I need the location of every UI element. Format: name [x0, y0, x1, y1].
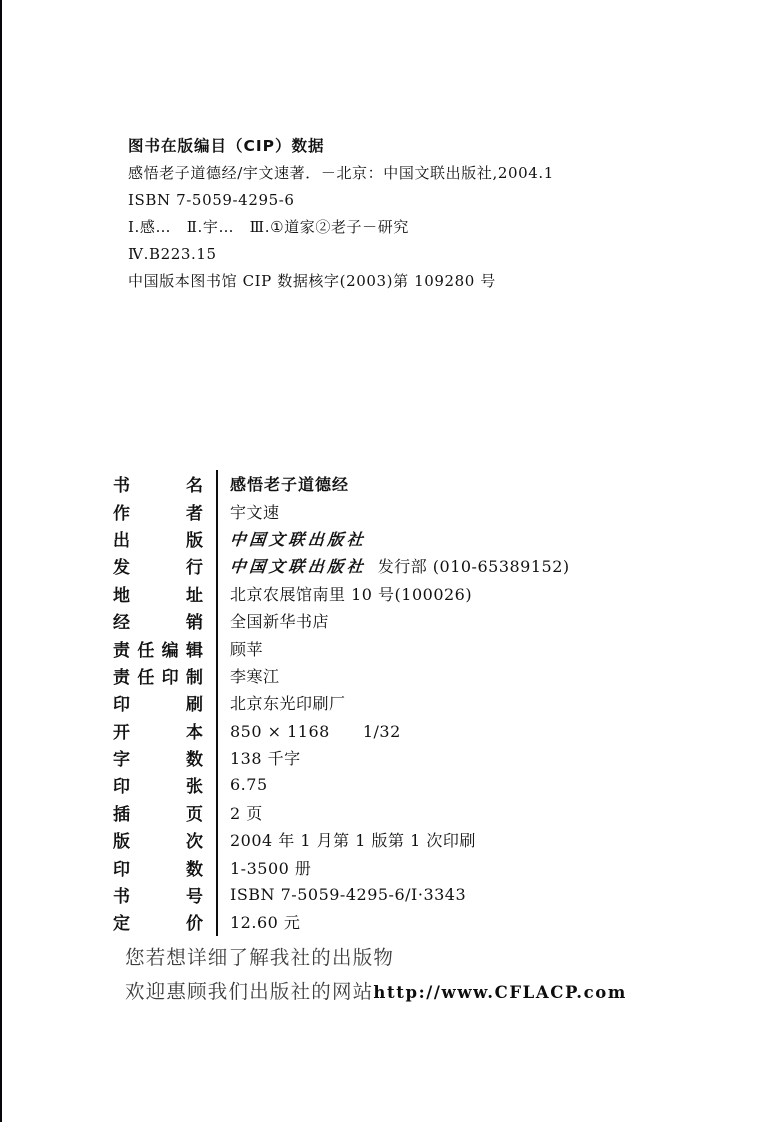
- publisher-script-text: 中国文联出版社: [229, 554, 368, 577]
- colophon-row-label: 发行: [113, 553, 203, 578]
- colophon-value-text: 顾苹: [230, 637, 263, 660]
- publisher-website-url: http://www.CFLACP.com: [373, 983, 627, 1002]
- colophon-row-value: 中国文联出版社: [216, 525, 367, 552]
- colophon-row: 出版中国文联出版社: [113, 525, 570, 552]
- colophon-row-label: 责任印制: [113, 663, 203, 688]
- colophon-row-value: 850 × 1168 1/32: [216, 717, 401, 744]
- colophon-row-value: 李寒江: [216, 662, 280, 689]
- colophon-row-value: 2 页: [216, 799, 263, 826]
- colophon-row-label: 插页: [113, 800, 203, 825]
- colophon-value-text: 宇文速: [230, 500, 280, 523]
- colophon-row-label: 经销: [113, 608, 203, 633]
- colophon-row-label: 字数: [113, 745, 203, 770]
- colophon-row: 印数1-3500 册: [113, 853, 570, 880]
- colophon-value-text: 12.60 元: [230, 910, 300, 933]
- colophon-row-label: 地址: [113, 581, 203, 606]
- colophon-row: 书号ISBN 7-5059-4295-6/Ⅰ·3343: [113, 881, 570, 908]
- colophon-row-value: 北京农展馆南里 10 号(100026): [216, 580, 472, 607]
- cip-block-title: 图书在版编目（CIP）数据: [128, 133, 708, 160]
- colophon-value-text: 6.75: [230, 775, 268, 794]
- colophon-row: 作者宇文速: [113, 497, 570, 524]
- colophon-row-label: 版次: [113, 827, 203, 852]
- colophon-row-value: 6.75: [216, 771, 268, 798]
- page-footer: 您若想详细了解我社的出版物 欢迎惠顾我们出版社的网站http://www.CFL…: [125, 941, 627, 1010]
- colophon-value-text: 2 页: [230, 801, 263, 824]
- footer-note-line1: 您若想详细了解我社的出版物: [125, 941, 627, 975]
- colophon-value-text: 北京农展馆南里 10 号(100026): [230, 582, 472, 605]
- colophon-row: 印刷北京东光印刷厂: [113, 689, 570, 716]
- colophon-row: 字数138 千字: [113, 744, 570, 771]
- colophon-row-value: 感悟老子道德经: [216, 470, 349, 497]
- cip-line: 中国版本图书馆 CIP 数据核字(2003)第 109280 号: [128, 268, 708, 295]
- colophon-row: 责任编辑顾苹: [113, 634, 570, 661]
- colophon-row: 书名感悟老子道德经: [113, 470, 570, 497]
- colophon-row-label: 书名: [113, 471, 203, 496]
- colophon-row-value: 138 千字: [216, 744, 301, 771]
- colophon-row-label: 责任编辑: [113, 636, 203, 661]
- colophon-row-label: 开本: [113, 718, 203, 743]
- page-left-edge-rule: [0, 0, 2, 1122]
- colophon-row-value: 2004 年 1 月第 1 版第 1 次印刷: [216, 826, 476, 853]
- colophon-row: 版次2004 年 1 月第 1 版第 1 次印刷: [113, 826, 570, 853]
- colophon-row-label: 作者: [113, 499, 203, 524]
- colophon-row: 开本850 × 1168 1/32: [113, 717, 570, 744]
- colophon-row-label: 定价: [113, 909, 203, 934]
- footer-note-line2-prefix: 欢迎惠顾我们出版社的网站: [125, 980, 373, 1003]
- colophon-value-text: 李寒江: [230, 664, 280, 687]
- colophon-row: 责任印制李寒江: [113, 662, 570, 689]
- colophon-row-label: 出版: [113, 526, 203, 551]
- colophon-value-text: 感悟老子道德经: [230, 472, 349, 495]
- footer-note-line2: 欢迎惠顾我们出版社的网站http://www.CFLACP.com: [125, 975, 627, 1010]
- colophon-row-value: 北京东光印刷厂: [216, 689, 346, 716]
- colophon-row-label: 印张: [113, 772, 203, 797]
- colophon-value-text: 2004 年 1 月第 1 版第 1 次印刷: [230, 828, 476, 851]
- colophon-value-text: 发行部 (010-65389152): [367, 554, 570, 577]
- colophon-value-text: 850 × 1168 1/32: [230, 719, 401, 742]
- colophon-value-text: 1-3500 册: [230, 856, 311, 879]
- colophon-row-value: 顾苹: [216, 634, 263, 661]
- colophon-row: 地址北京农展馆南里 10 号(100026): [113, 580, 570, 607]
- cip-line: Ⅳ.B223.15: [128, 241, 708, 268]
- colophon-row-label: 印刷: [113, 690, 203, 715]
- colophon-value-text: 北京东光印刷厂: [230, 691, 346, 714]
- colophon-row-value: 全国新华书店: [216, 607, 329, 634]
- cip-line: Ⅰ.感… Ⅱ.宇… Ⅲ.①道家②老子－研究: [128, 214, 708, 241]
- colophon-value-text: 全国新华书店: [230, 609, 329, 632]
- colophon-table: 书名感悟老子道德经作者宇文速出版中国文联出版社发行中国文联出版社 发行部 (01…: [113, 470, 570, 936]
- colophon-row-value: ISBN 7-5059-4295-6/Ⅰ·3343: [216, 881, 466, 908]
- publisher-script-text: 中国文联出版社: [229, 527, 368, 550]
- colophon-value-text: 138 千字: [230, 746, 301, 769]
- cip-lines: 感悟老子道德经/宇文速著．－北京：中国文联出版社,2004.1ISBN 7-50…: [128, 160, 708, 295]
- colophon-row-value: 中国文联出版社 发行部 (010-65389152): [216, 552, 570, 579]
- colophon-value-text: ISBN 7-5059-4295-6/Ⅰ·3343: [230, 885, 466, 904]
- colophon-row-value: 1-3500 册: [216, 853, 311, 880]
- colophon-row-label: 印数: [113, 855, 203, 880]
- colophon-row: 经销全国新华书店: [113, 607, 570, 634]
- colophon-row: 插页2 页: [113, 799, 570, 826]
- cip-line: 感悟老子道德经/宇文速著．－北京：中国文联出版社,2004.1: [128, 160, 708, 187]
- colophon-row: 发行中国文联出版社 发行部 (010-65389152): [113, 552, 570, 579]
- colophon-row: 定价12.60 元: [113, 908, 570, 935]
- colophon-row: 印张6.75: [113, 771, 570, 798]
- colophon-row-value: 12.60 元: [216, 908, 300, 935]
- cip-line: ISBN 7-5059-4295-6: [128, 187, 708, 214]
- colophon-row-value: 宇文速: [216, 497, 280, 524]
- colophon-row-label: 书号: [113, 882, 203, 907]
- cip-data-block: 图书在版编目（CIP）数据 感悟老子道德经/宇文速著．－北京：中国文联出版社,2…: [128, 133, 708, 295]
